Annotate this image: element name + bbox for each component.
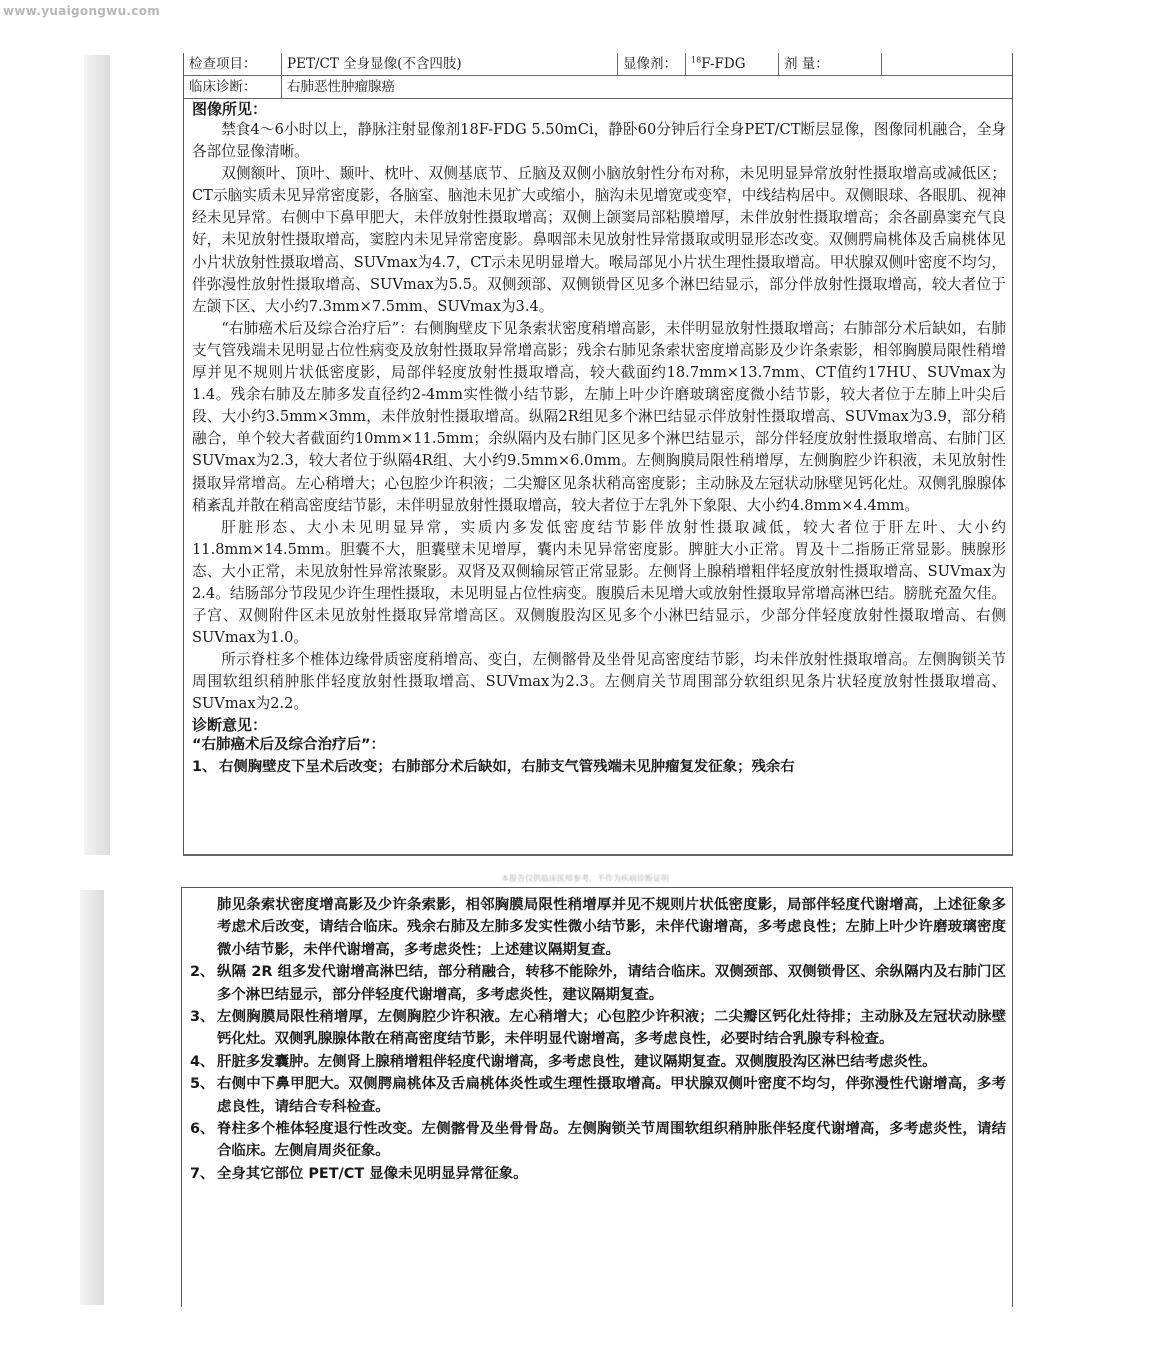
diagnosis-item-number: 4、	[190, 1051, 217, 1073]
page-footer-note: 本报告仅供临床医师参考，不作为疾病诊断证明	[420, 873, 750, 883]
dose-value	[882, 53, 1012, 75]
agent-name: F-FDG	[701, 56, 745, 72]
diagnosis-item: 1、 右侧胸壁皮下呈术后改变；右肺部分术后缺如，右肺支气管残端未见肿瘤复发征象；…	[184, 756, 1012, 778]
clinical-diagnosis-label: 临床诊断：	[184, 76, 282, 98]
diagnosis-item: 4、 肝脏多发囊肿。左侧肾上腺稍增粗伴轻度代谢增高，多考虑良性，建议隔期复查。双…	[182, 1051, 1012, 1073]
diagnosis-item: 7、 全身其它部位 PET/CT 显像未见明显异常征象。	[182, 1163, 1012, 1185]
findings-paragraph: 肝脏形态、大小未见明显异常，实质内多发低密度结节影伴放射性摄取减低，较大者位于肝…	[184, 517, 1012, 650]
diagnosis-item-text: 右侧中下鼻甲肥大。双侧腭扁桃体及舌扁桃体炎性或生理性摄取增高。甲状腺双侧叶密度不…	[217, 1073, 1006, 1118]
diagnosis-item-number: 1、	[192, 756, 219, 778]
diagnosis-item-number: 7、	[190, 1163, 217, 1185]
clinical-diagnosis-row: 临床诊断： 右肺恶性肿瘤腺癌	[184, 76, 1012, 99]
exam-item-label: 检查项目：	[184, 53, 282, 75]
diagnosis-item-text: 右侧胸壁皮下呈术后改变；右肺部分术后缺如，右肺支气管残端未见肿瘤复发征象；残余右	[219, 756, 1006, 778]
clinical-diagnosis-value: 右肺恶性肿瘤腺癌	[282, 76, 400, 98]
findings-paragraph: 所示脊柱多个椎体边缘骨质密度稍增高、变白，左侧髂骨及坐骨见高密度结节影，均未伴放…	[184, 649, 1012, 715]
findings-paragraph: 双侧额叶、顶叶、颞叶、枕叶、双侧基底节、丘脑及双侧小脑放射性分布对称，未见明显异…	[184, 163, 1012, 318]
agent-label: 显像剂：	[618, 53, 686, 75]
findings-paragraph: 禁食4～6小时以上，静脉注射显像剂18F-FDG 5.50mCi，静卧60分钟后…	[184, 119, 1012, 163]
findings-title: 图像所见：	[184, 100, 1012, 119]
diagnosis-item: 5、 右侧中下鼻甲肥大。双侧腭扁桃体及舌扁桃体炎性或生理性摄取增高。甲状腺双侧叶…	[182, 1073, 1012, 1118]
diagnosis-item-number: 3、	[190, 1006, 217, 1051]
report-page-2: 肺见条索状密度增高影及少许条索影，相邻胸膜局限性稍增厚并见不规则片状低密度影，局…	[181, 887, 1013, 1307]
exam-item-value: PET/CT 全身显像(不含四肢)	[282, 53, 618, 75]
dose-label: 剂 量：	[779, 53, 882, 75]
report-page-1: 检查项目： PET/CT 全身显像(不含四肢) 显像剂： 18F-FDG 剂 量…	[183, 53, 1013, 856]
diagnosis-item-text: 全身其它部位 PET/CT 显像未见明显异常征象。	[217, 1163, 1006, 1185]
diagnosis-item-text: 纵隔 2R 组多发代谢增高淋巴结，部分稍融合，转移不能除外，请结合临床。双侧颈部…	[217, 961, 1006, 1006]
exam-info-row: 检查项目： PET/CT 全身显像(不含四肢) 显像剂： 18F-FDG 剂 量…	[184, 53, 1012, 76]
findings-paragraph: “右肺癌术后及综合治疗后”：右侧胸壁皮下见条索状密度稍增高影，未伴明显放射性摄取…	[184, 318, 1012, 517]
watermark: www.yuaigongwu.com	[3, 4, 160, 18]
diagnosis-item: 6、 脊柱多个椎体轻度退行性改变。左侧髂骨及坐骨骨岛。左侧胸锁关节周围软组织稍肿…	[182, 1118, 1012, 1163]
page-gutter-shadow	[80, 890, 104, 1305]
diagnosis-item: 3、 左侧胸膜局限性稍增厚，左侧胸腔少许积液。左心稍增大；心包腔少许积液；二尖瓣…	[182, 1006, 1012, 1051]
diagnosis-item-text: 脊柱多个椎体轻度退行性改变。左侧髂骨及坐骨骨岛。左侧胸锁关节周围软组织稍肿胀伴轻…	[217, 1118, 1006, 1163]
diagnosis-item-text: 肝脏多发囊肿。左侧肾上腺稍增粗伴轻度代谢增高，多考虑良性，建议隔期复查。双侧腹股…	[217, 1051, 1006, 1073]
agent-value: 18F-FDG	[686, 53, 779, 75]
diagnosis-item-text: 左侧胸膜局限性稍增厚，左侧胸腔少许积液。左心稍增大；心包腔少许积液；二尖瓣区钙化…	[217, 1006, 1006, 1051]
diagnosis-subtitle: “右肺癌术后及综合治疗后”：	[184, 735, 1012, 756]
diagnosis-item: 2、 纵隔 2R 组多发代谢增高淋巴结，部分稍融合，转移不能除外，请结合临床。双…	[182, 961, 1012, 1006]
diagnosis-item-continuation: 肺见条索状密度增高影及少许条索影，相邻胸膜局限性稍增厚并见不规则片状低密度影，局…	[182, 894, 1012, 961]
diagnosis-item-number: 5、	[190, 1073, 217, 1118]
page-gutter-shadow	[84, 55, 110, 855]
diagnosis-section: 诊断意见： “右肺癌术后及综合治疗后”： 1、 右侧胸壁皮下呈术后改变；右肺部分…	[184, 716, 1012, 778]
agent-isotope-superscript: 18	[691, 56, 701, 65]
diagnosis-item-number: 2、	[190, 961, 217, 1006]
diagnosis-item-number: 6、	[190, 1118, 217, 1163]
diagnosis-title: 诊断意见：	[184, 716, 1012, 735]
findings-section: 图像所见： 禁食4～6小时以上，静脉注射显像剂18F-FDG 5.50mCi，静…	[184, 99, 1012, 716]
